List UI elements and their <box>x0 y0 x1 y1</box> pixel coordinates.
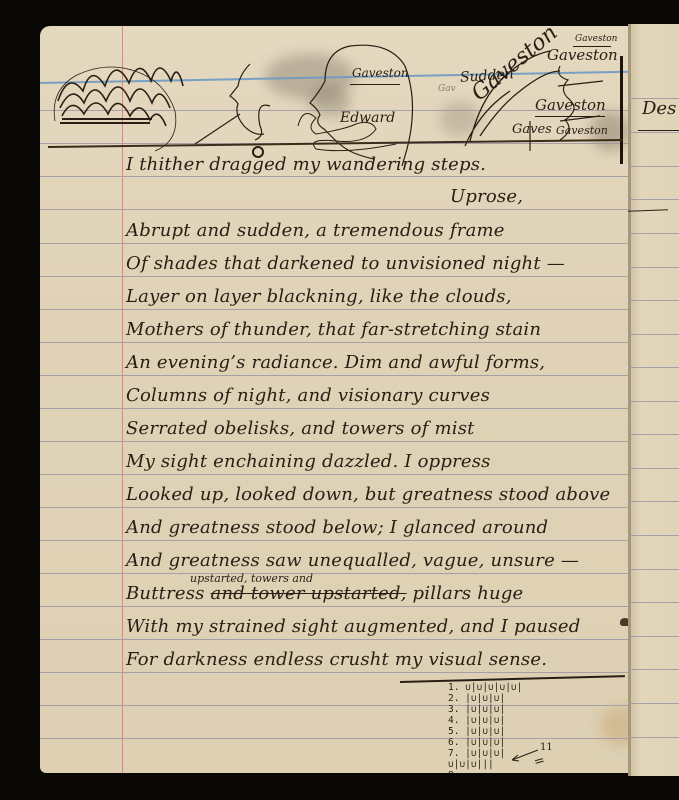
poem-line-6: Mothers of thunder, that far-stretching … <box>126 319 541 340</box>
rule-line <box>40 540 628 541</box>
rule-line <box>628 434 679 435</box>
scansion-row: 1. ∪|∪|∪|∪|∪| <box>448 682 522 693</box>
scansion-row: 3. |∪|∪|∪| <box>448 704 522 715</box>
facing-page: Des <box>628 24 679 776</box>
revision-struck-text: and tower upstarted, <box>211 583 407 604</box>
poem-line-1: I thither dragged my wandering steps. <box>126 154 486 175</box>
rule-line <box>40 342 628 343</box>
rule-line <box>40 573 628 574</box>
doodle-underline <box>535 116 605 117</box>
scansion-row: 8. <box>448 770 522 773</box>
doodle-underline <box>350 84 400 85</box>
rule-line <box>40 672 628 673</box>
rule-line <box>40 507 628 508</box>
rule-line <box>40 375 628 376</box>
rule-line <box>628 132 679 133</box>
poem-line-11: Looked up, looked down, but greatness st… <box>126 484 610 505</box>
rule-line <box>40 474 628 475</box>
rule-line <box>628 703 679 704</box>
poem-line-7: An evening’s radiance. Dim and awful for… <box>126 352 545 373</box>
poem-line-8: Columns of night, and visionary curves <box>126 385 490 406</box>
poem-line-3: Abrupt and sudden, a tremendous frame <box>126 220 505 241</box>
poem-line-15: With my strained sight augmented, and I … <box>126 616 580 637</box>
scansion-row: 2. |∪|∪|∪| <box>448 693 522 704</box>
scansion-row: 4. |∪|∪|∪| <box>448 715 522 726</box>
poem-line-5: Layer on layer blackning, like the cloud… <box>126 286 512 307</box>
rule-line <box>628 300 679 301</box>
poem-line-4: Of shades that darkened to unvisioned ni… <box>126 253 565 274</box>
rule-line <box>628 401 679 402</box>
doodle-gaveston-small: Gaveston <box>575 34 617 44</box>
scansion-note: 11 <box>540 742 553 753</box>
ink-blot <box>620 618 628 626</box>
rule-line <box>628 636 679 637</box>
revision-end: pillars huge <box>413 583 524 604</box>
doodle-gaves: Gaves <box>512 122 552 137</box>
rule-line <box>628 535 679 536</box>
facing-underline <box>638 130 679 131</box>
rule-line <box>40 441 628 442</box>
doodle-ghost-text: Gav <box>438 84 456 94</box>
rule-line <box>628 737 679 738</box>
rule-line <box>628 334 679 335</box>
facing-page-text: Des <box>642 98 676 119</box>
poem-line-2: Uprose, <box>450 186 523 207</box>
facing-dash <box>628 209 668 211</box>
rule-line <box>40 209 628 210</box>
rule-line <box>628 233 679 234</box>
rule-line <box>40 276 628 277</box>
poem-line-16: For darkness endless crusht my visual se… <box>126 649 547 670</box>
manuscript-page: Gaveston Edward Sudden Gaveston Gaveston… <box>40 26 628 773</box>
rule-line <box>40 705 628 706</box>
rule-line <box>628 669 679 670</box>
rule-line <box>628 501 679 502</box>
foxing-stain <box>600 706 628 746</box>
scansion-row: 5. |∪|∪|∪| <box>448 726 522 737</box>
doodle-gaveston-top: Gaveston <box>547 46 618 64</box>
vertical-border-bar <box>620 56 623 164</box>
rule-line <box>40 606 628 607</box>
doodle-edward-signature: Edward <box>340 110 395 126</box>
doodle-gaveston-bottom: Gaveston <box>556 124 608 137</box>
rule-line <box>628 367 679 368</box>
poem-line-12: And greatness stood below; I glanced aro… <box>126 517 548 538</box>
rule-line <box>40 408 628 409</box>
rule-line <box>628 199 679 200</box>
rule-line <box>40 309 628 310</box>
poem-line-10: My sight enchaining dazzled. I oppress <box>126 451 491 472</box>
rule-line <box>40 243 628 244</box>
rule-line <box>40 738 628 739</box>
rule-line <box>40 176 628 177</box>
rule-line <box>628 468 679 469</box>
revision-start: Buttress <box>126 583 205 604</box>
poem-line-14: Buttress and tower upstarted, pillars hu… <box>126 583 523 604</box>
rule-line <box>628 267 679 268</box>
rule-line <box>628 602 679 603</box>
poem-line-9: Serrated obelisks, and towers of mist <box>126 418 475 439</box>
doodle-gaveston-middle: Gaveston <box>535 96 606 114</box>
rule-line <box>40 639 628 640</box>
poem-line-13: And greatness saw unequalled, vague, uns… <box>126 550 579 571</box>
rule-line <box>628 166 679 167</box>
gutter-fold <box>628 24 631 776</box>
scansion-row: 6. |∪|∪|∪| <box>448 737 522 748</box>
rule-line <box>628 569 679 570</box>
doodle-gaveston-label: Gaveston <box>352 66 409 80</box>
